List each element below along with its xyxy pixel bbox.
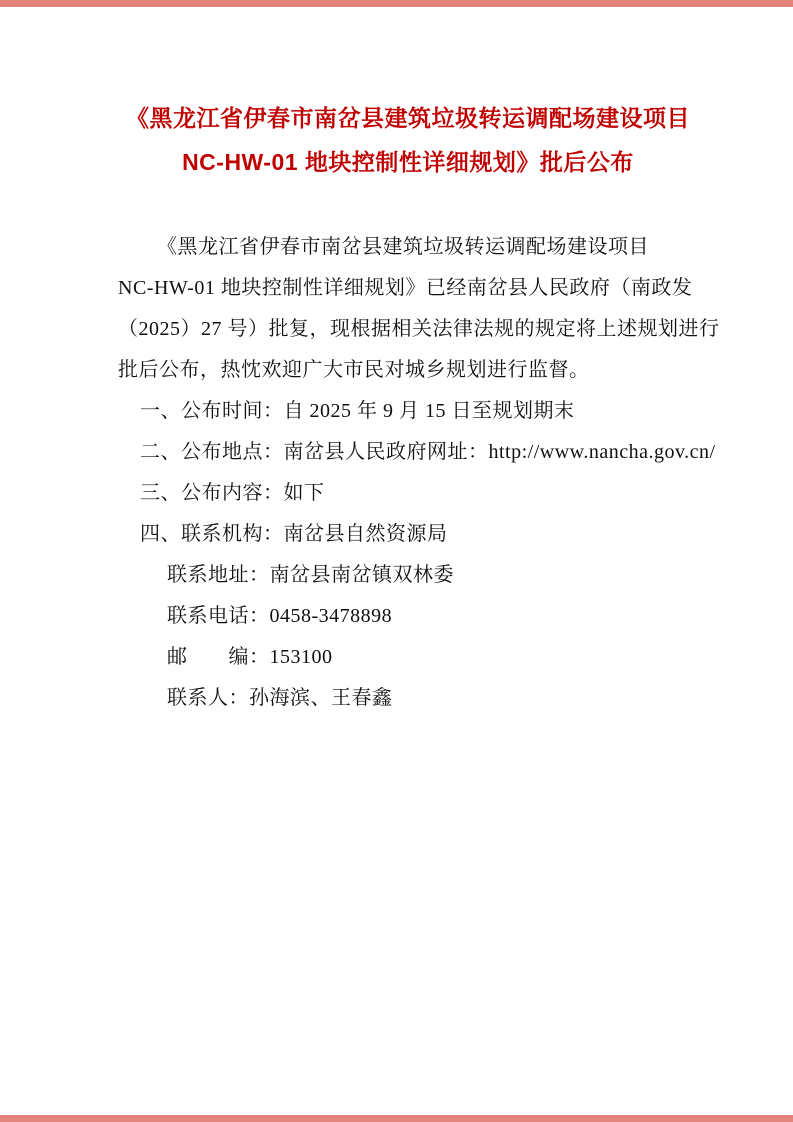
title-line-1: 《黑龙江省伊春市南岔县建筑垃圾转运调配场建设项目 xyxy=(118,96,698,140)
postal-code: 邮 编：153100 xyxy=(118,637,698,678)
document-content: 《黑龙江省伊春市南岔县建筑垃圾转运调配场建设项目 NC-HW-01 地块控制性详… xyxy=(0,0,793,719)
document-page: 《黑龙江省伊春市南岔县建筑垃圾转运调配场建设项目 NC-HW-01 地块控制性详… xyxy=(0,0,793,1122)
page-title: 《黑龙江省伊春市南岔县建筑垃圾转运调配场建设项目 NC-HW-01 地块控制性详… xyxy=(118,96,698,184)
paragraph-line: （2025）27 号）批复，现根据相关法律法规的规定将上述规划进行 xyxy=(118,309,698,350)
title-line-2: NC-HW-01 地块控制性详细规划》批后公布 xyxy=(118,140,698,184)
contact-phone: 联系电话：0458-3478898 xyxy=(118,596,698,637)
top-edge-band xyxy=(0,0,793,7)
paragraph-line: NC-HW-01 地块控制性详细规划》已经南岔县人民政府（南政发 xyxy=(118,268,698,309)
list-item-publish-content: 三、公布内容：如下 xyxy=(118,473,698,514)
contact-address: 联系地址：南岔县南岔镇双林委 xyxy=(118,555,698,596)
list-item-publish-time: 一、公布时间：自 2025 年 9 月 15 日至规划期末 xyxy=(118,391,698,432)
body-text: 《黑龙江省伊春市南岔县建筑垃圾转运调配场建设项目 NC-HW-01 地块控制性详… xyxy=(118,227,698,719)
paragraph-line: 《黑龙江省伊春市南岔县建筑垃圾转运调配场建设项目 xyxy=(118,227,698,268)
bottom-edge-band xyxy=(0,1115,793,1122)
list-item-contact-agency: 四、联系机构：南岔县自然资源局 xyxy=(118,514,698,555)
paragraph-line: 批后公布，热忱欢迎广大市民对城乡规划进行监督。 xyxy=(118,350,698,391)
list-item-publish-place: 二、公布地点：南岔县人民政府网址：http://www.nancha.gov.c… xyxy=(118,432,698,473)
contact-persons: 联系人：孙海滨、王春鑫 xyxy=(118,678,698,719)
